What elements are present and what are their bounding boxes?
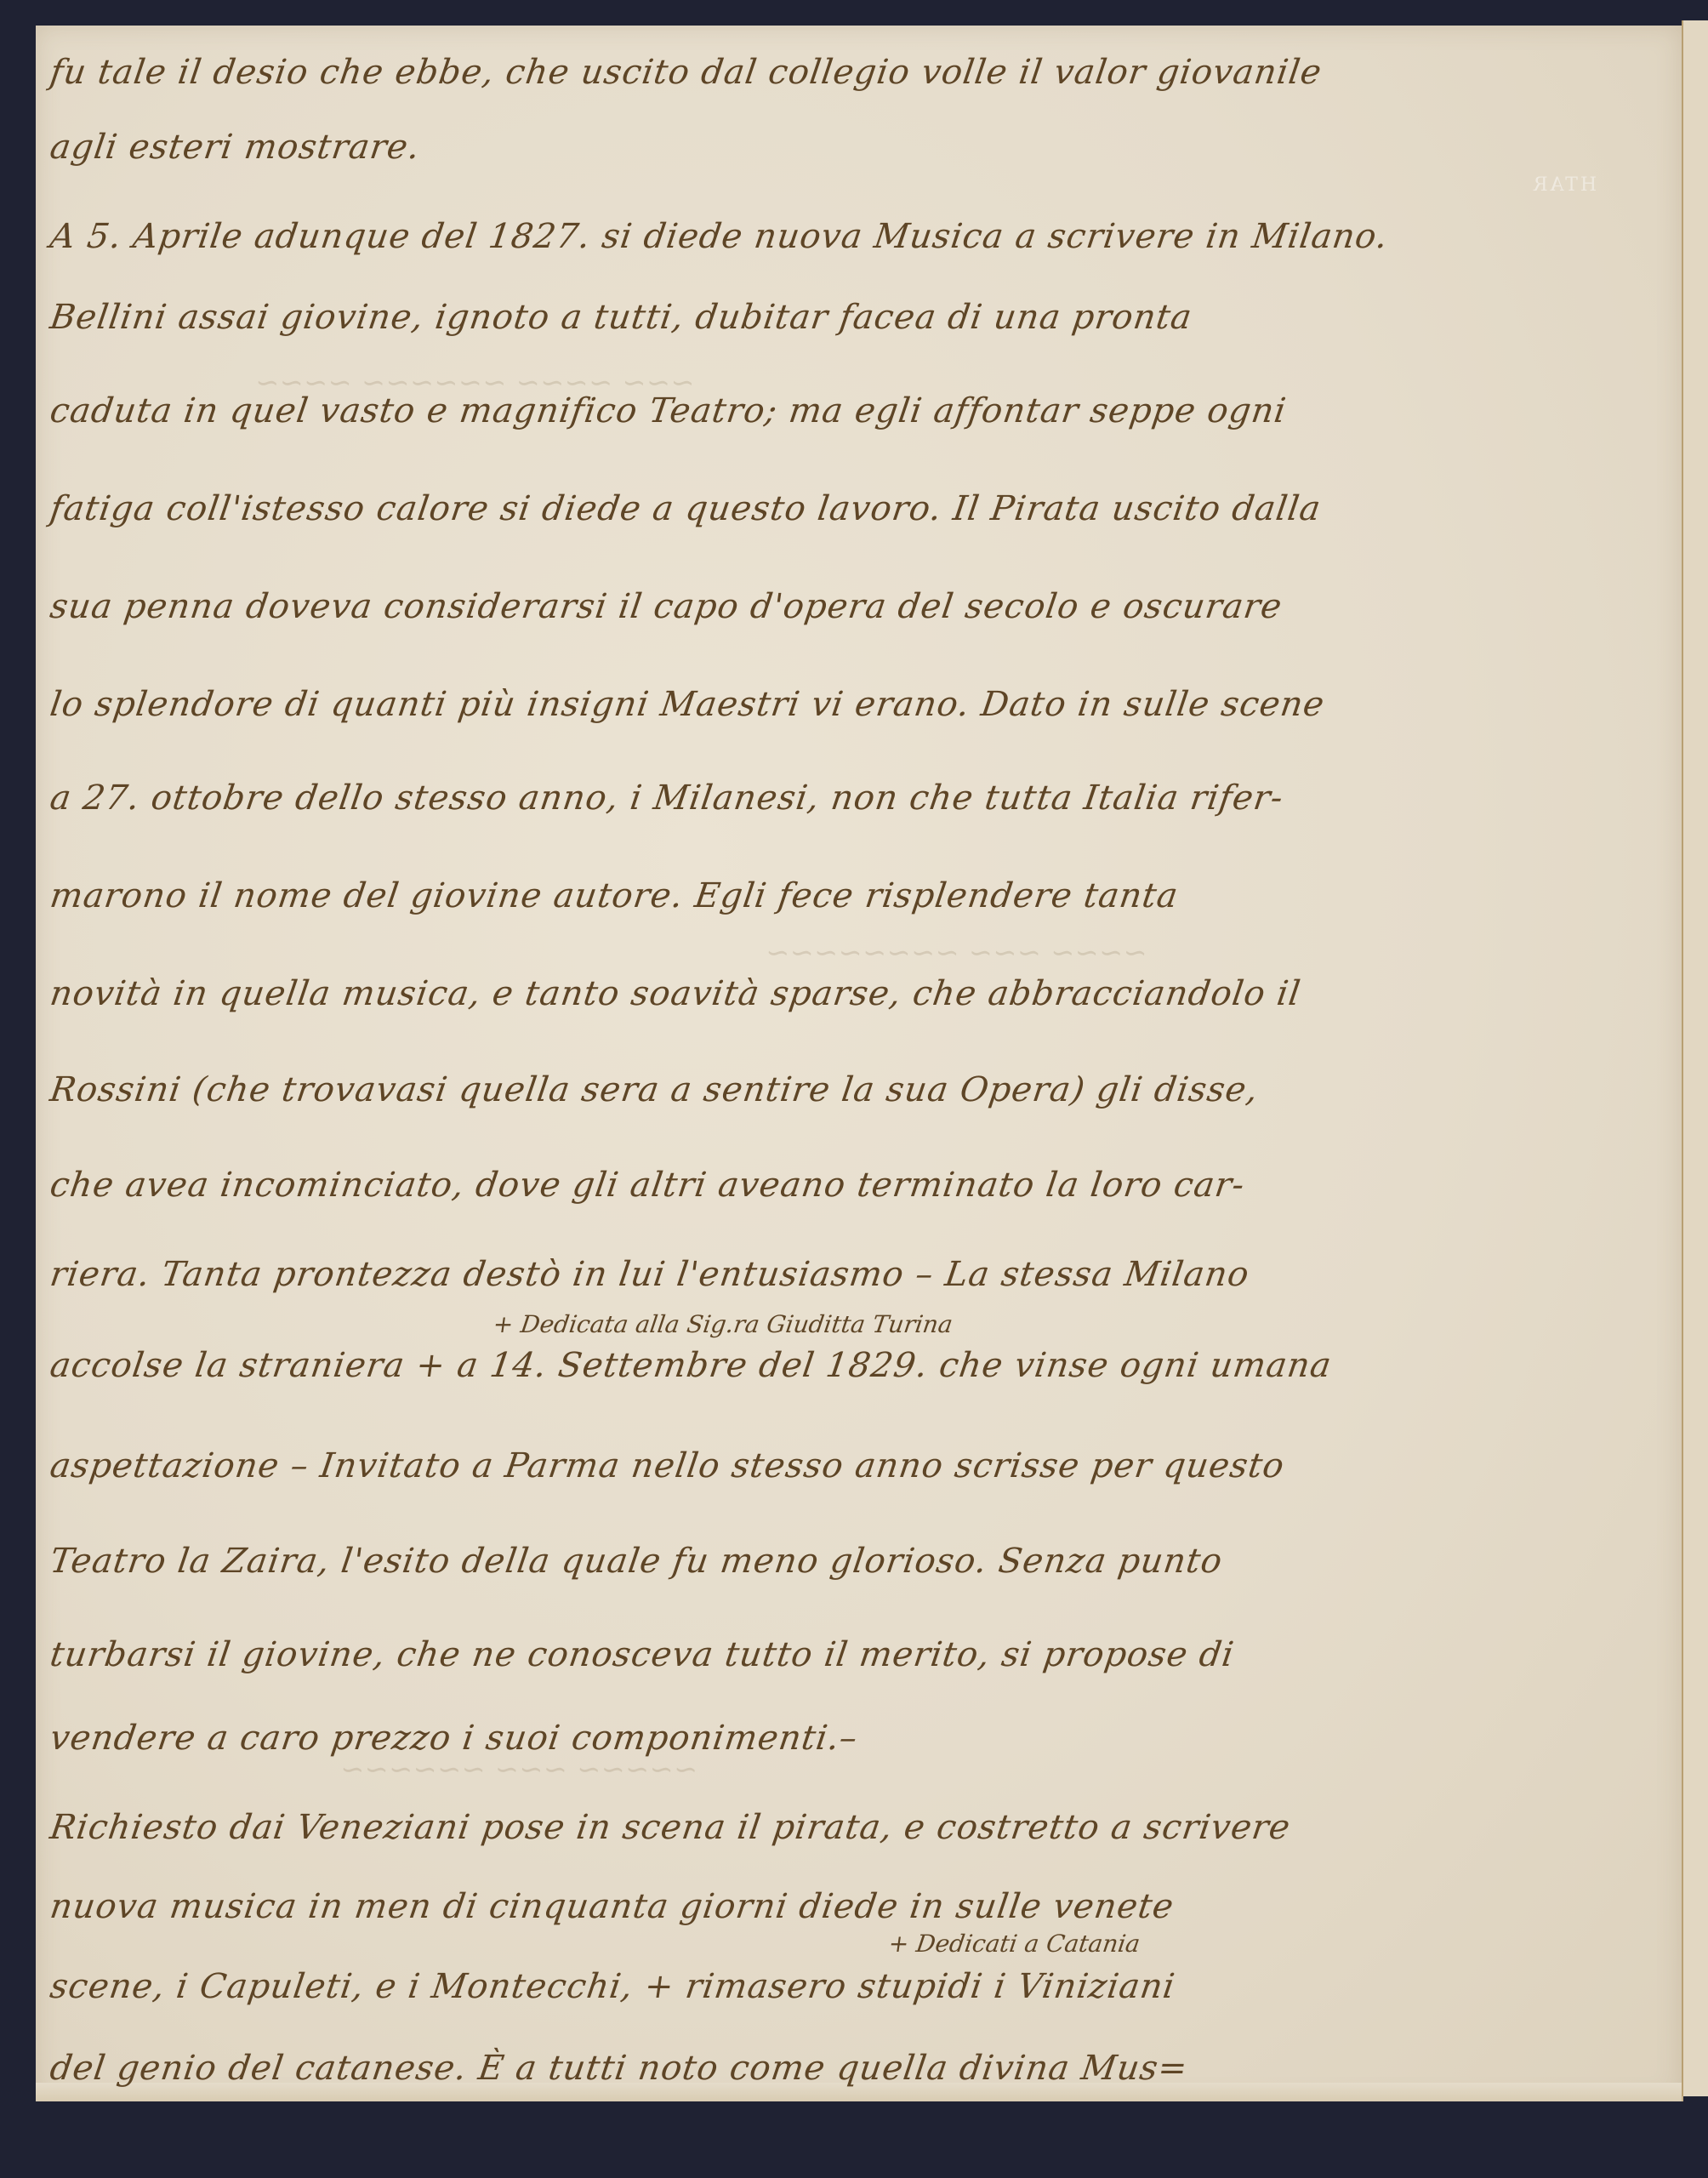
manuscript-line: Bellini assai giovine, ignoto a tutti, d…: [48, 298, 1195, 337]
manuscript-line: caduta in quel vasto e magnifico Teatro;…: [48, 391, 1289, 430]
manuscript-line: che avea incominciato, dove gli altri av…: [48, 1166, 1247, 1205]
manuscript-line: Richiesto dai Veneziani pose in scena il…: [48, 1808, 1293, 1847]
bleed-through-text: ~~~~~ ~~~ ~~~~~~: [338, 1753, 700, 1787]
manuscript-line: agli esteri mostrare.: [48, 128, 423, 167]
manuscript-line: fatiga coll'istesso calore si diede a qu…: [48, 489, 1324, 528]
manuscript-line: turbarsi il giovine, che ne conosceva tu…: [48, 1635, 1237, 1674]
manuscript-line: A 5. Aprile adunque del 1827. si diede n…: [48, 217, 1391, 256]
manuscript-line: scene, i Capuleti, e i Montecchi, + rima…: [48, 1967, 1177, 2006]
manuscript-line: accolse la straniera + a 14. Settembre d…: [48, 1346, 1335, 1385]
manuscript-line: lo splendore di quanti più insigni Maest…: [48, 685, 1327, 724]
marginal-annotation: + Dedicati a Catania: [887, 1930, 1142, 1958]
manuscript-line: marono il nome del giovine autore. Egli …: [48, 876, 1181, 915]
manuscript-line: sua penna doveva considerarsi il capo d'…: [48, 587, 1284, 626]
manuscript-line: Teatro la Zaira, l'esito della quale fu …: [48, 1542, 1225, 1581]
manuscript-line: novità in quella musica, e tanto soavità…: [48, 974, 1303, 1013]
manuscript-line: Rossini (che trovavasi quella sera a sen…: [48, 1070, 1261, 1109]
manuscript-page: [36, 26, 1683, 2101]
marginal-annotation: + Dedicata alla Sig.ra Giuditta Turina: [492, 1310, 954, 1338]
bleed-through-text: ~~~~ ~~~ ~~~~~~~~: [763, 936, 1150, 970]
manuscript-line: a 27. ottobre dello stesso anno, i Milan…: [48, 778, 1286, 818]
manuscript-line: vendere a caro prezzo i suoi componiment…: [48, 1719, 860, 1758]
library-stamp: HTAR: [1531, 174, 1597, 196]
adjacent-page-edge: [1682, 20, 1708, 2096]
manuscript-line: del genio del catanese. È a tutti noto c…: [48, 2049, 1190, 2088]
manuscript-line: nuova musica in men di cinquanta giorni …: [48, 1887, 1176, 1926]
manuscript-line: aspettazione – Invitato a Parma nello st…: [48, 1446, 1287, 1485]
manuscript-line: riera. Tanta prontezza destò in lui l'en…: [48, 1255, 1252, 1294]
manuscript-line: fu tale il desio che ebbe, che uscito da…: [48, 53, 1324, 92]
